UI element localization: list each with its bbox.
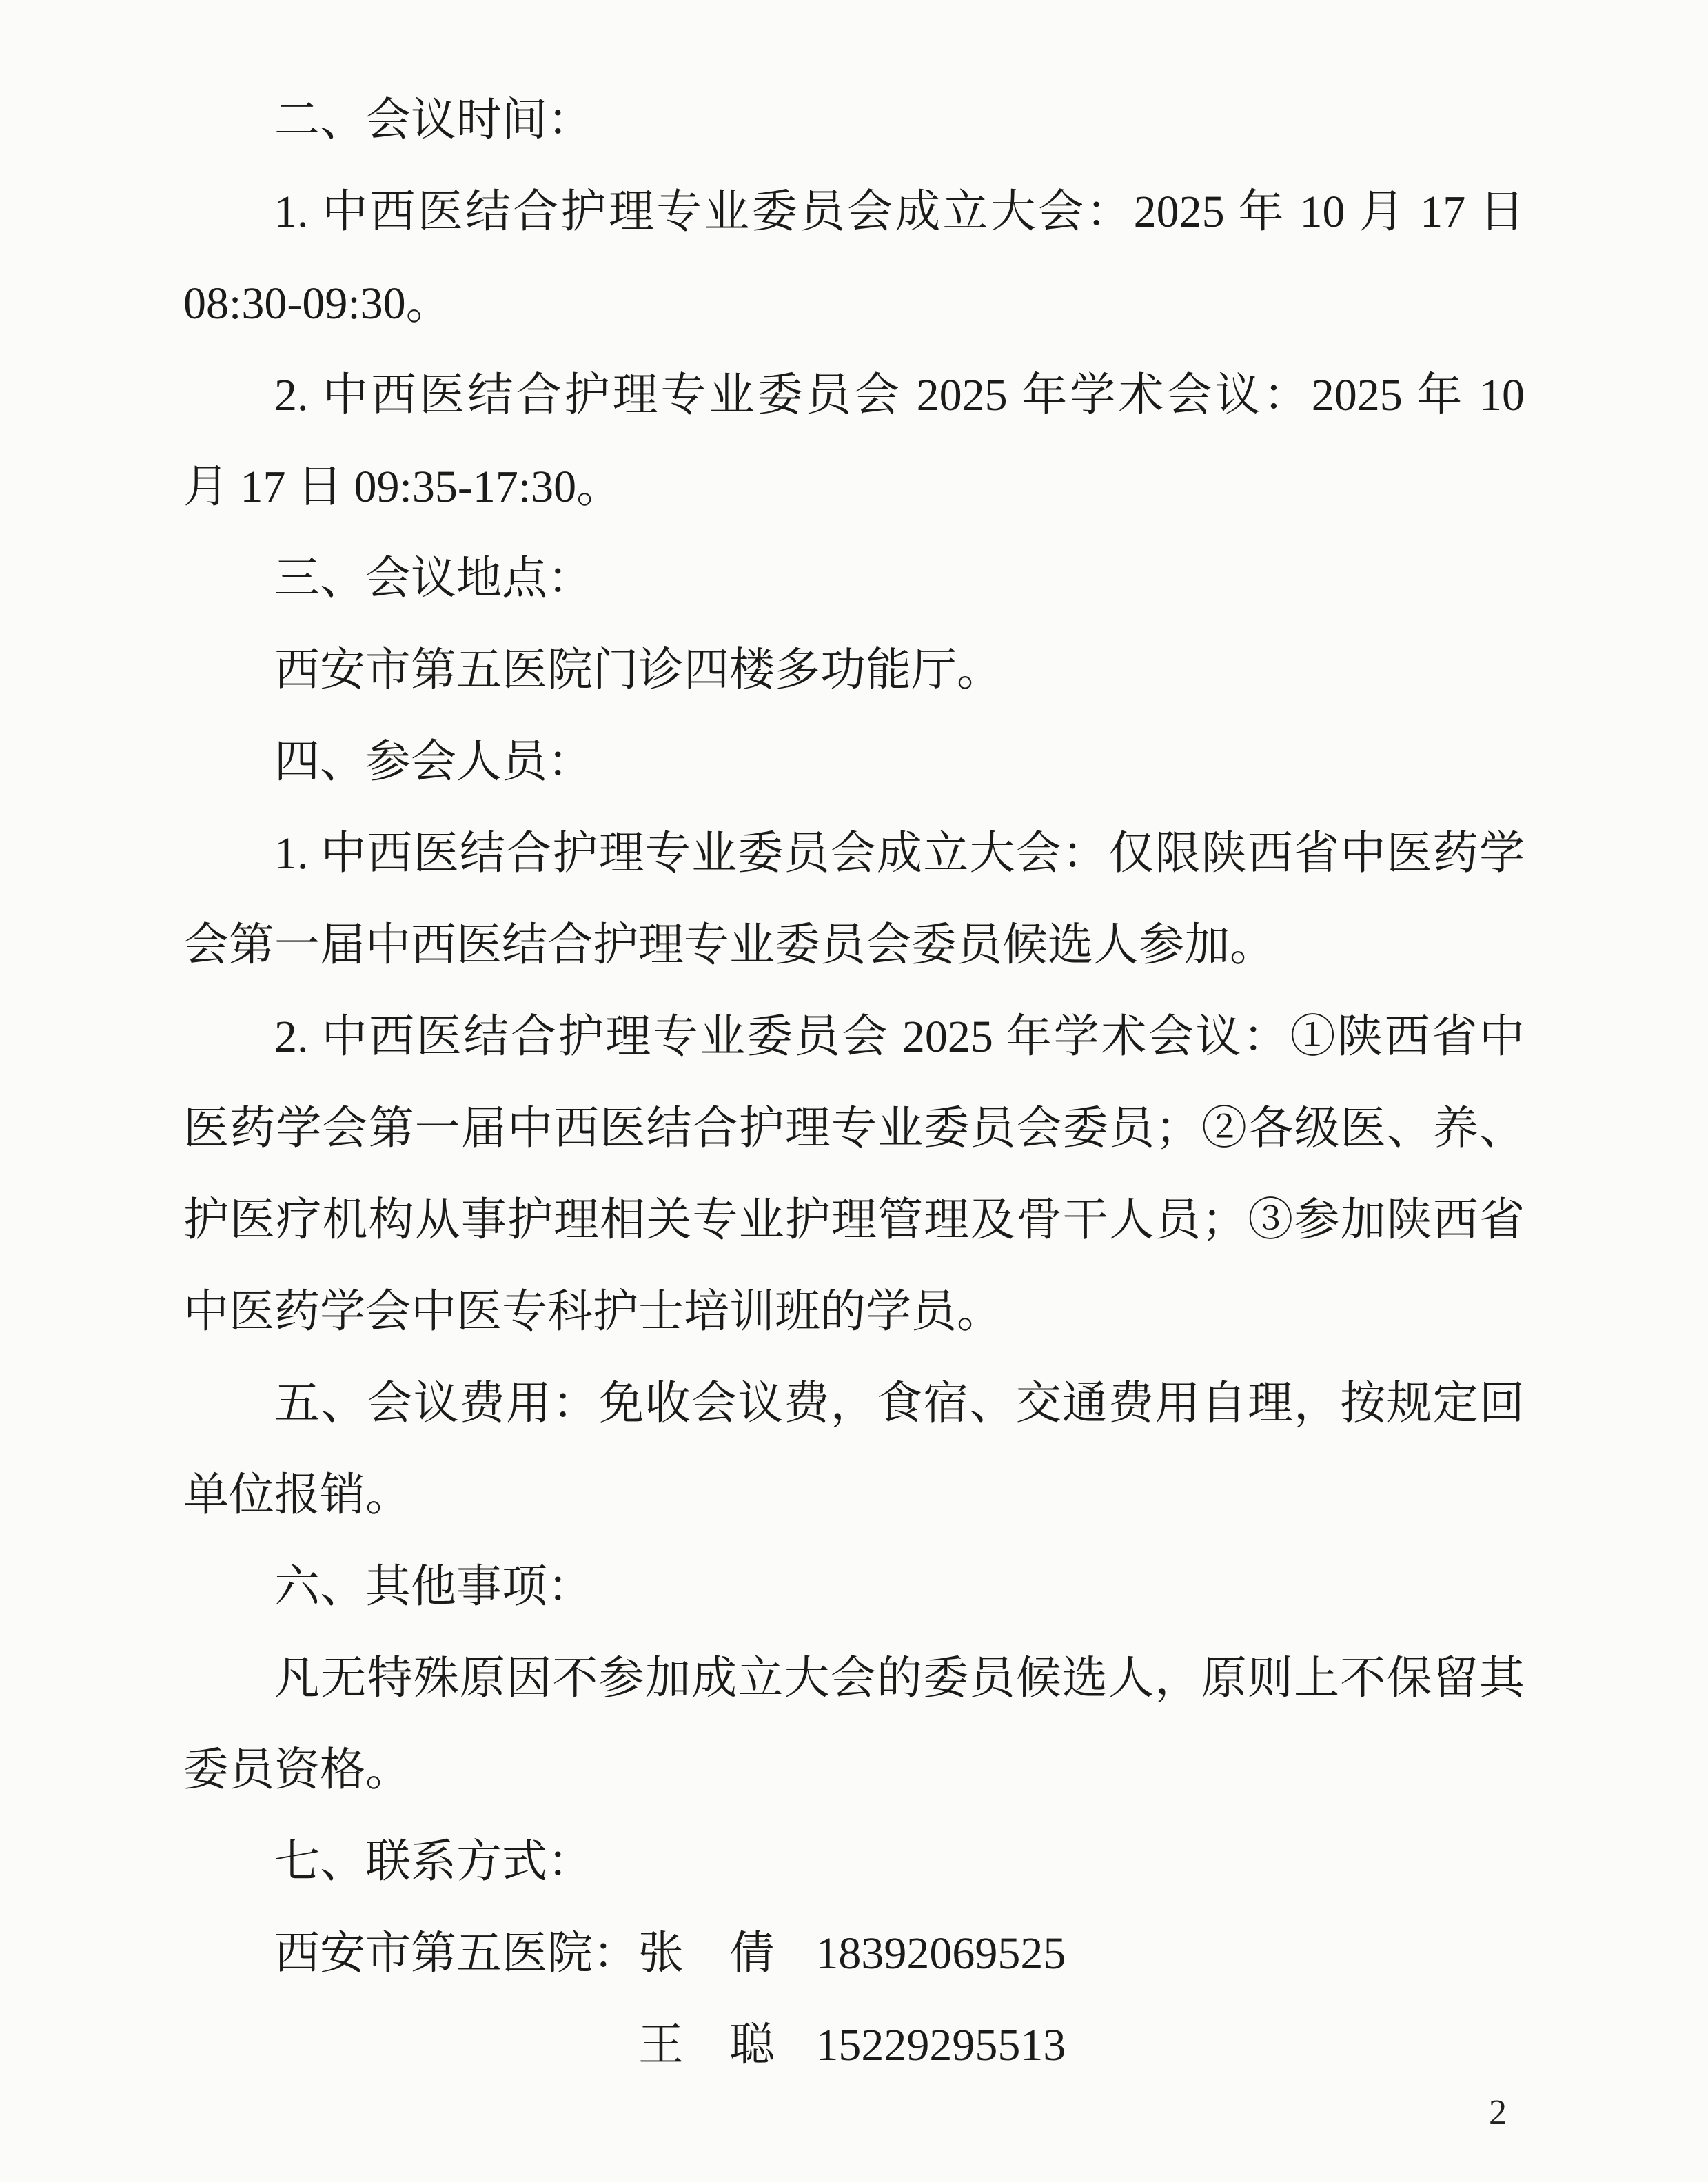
contact-line: 王 聪15229295513 bbox=[183, 1999, 1525, 2091]
document-line: 五、会议费用：免收会议费，食宿、交通费用自理，按规定回 bbox=[183, 1358, 1525, 1449]
document-line: 二、会议时间： bbox=[183, 74, 1525, 166]
document-line: 月 17 日 09:35-17:30。 bbox=[183, 441, 1525, 533]
contact-line: 西安市第五医院：张 倩18392069525 bbox=[183, 1908, 1525, 1999]
contact-phone: 15229295513 bbox=[815, 2020, 1066, 2070]
contact-name: 张 倩 bbox=[638, 1928, 775, 1979]
document-line: 医药学会第一届中西医结合护理专业委员会委员；②各级医、养、 bbox=[183, 1083, 1525, 1174]
contact-name: 王 聪 bbox=[638, 2020, 775, 2070]
document-line: 1. 中西医结合护理专业委员会成立大会：仅限陕西省中医药学 bbox=[183, 808, 1525, 899]
document-line: 会第一届中西医结合护理专业委员会委员候选人参加。 bbox=[183, 899, 1525, 991]
document-line: 西安市第五医院门诊四楼多功能厅。 bbox=[183, 624, 1525, 716]
document-line: 三、会议地点： bbox=[183, 533, 1525, 624]
document-body: 二、会议时间：1. 中西医结合护理专业委员会成立大会：2025 年 10 月 1… bbox=[183, 74, 1525, 2091]
document-line: 2. 中西医结合护理专业委员会 2025 年学术会议：①陕西省中 bbox=[183, 991, 1525, 1083]
contact-phone: 18392069525 bbox=[815, 1928, 1066, 1979]
document-line: 委员资格。 bbox=[183, 1724, 1525, 1816]
document-line: 08:30-09:30。 bbox=[183, 258, 1525, 349]
contact-prefix: 西安市第五医院： bbox=[274, 1928, 638, 1979]
document-line: 2. 中西医结合护理专业委员会 2025 年学术会议：2025 年 10 bbox=[183, 349, 1525, 441]
document-page: 二、会议时间：1. 中西医结合护理专业委员会成立大会：2025 年 10 月 1… bbox=[0, 0, 1708, 2182]
document-line: 1. 中西医结合护理专业委员会成立大会：2025 年 10 月 17 日 bbox=[183, 166, 1525, 258]
document-line: 七、联系方式： bbox=[183, 1816, 1525, 1908]
document-line: 凡无特殊原因不参加成立大会的委员候选人，原则上不保留其 bbox=[183, 1633, 1525, 1724]
document-line: 中医药学会中医专科护士培训班的学员。 bbox=[183, 1266, 1525, 1358]
page-number: 2 bbox=[1489, 2092, 1507, 2134]
document-line: 六、其他事项： bbox=[183, 1541, 1525, 1633]
document-line: 单位报销。 bbox=[183, 1449, 1525, 1541]
document-line: 护医疗机构从事护理相关专业护理管理及骨干人员；③参加陕西省 bbox=[183, 1174, 1525, 1266]
document-line: 四、参会人员： bbox=[183, 716, 1525, 808]
